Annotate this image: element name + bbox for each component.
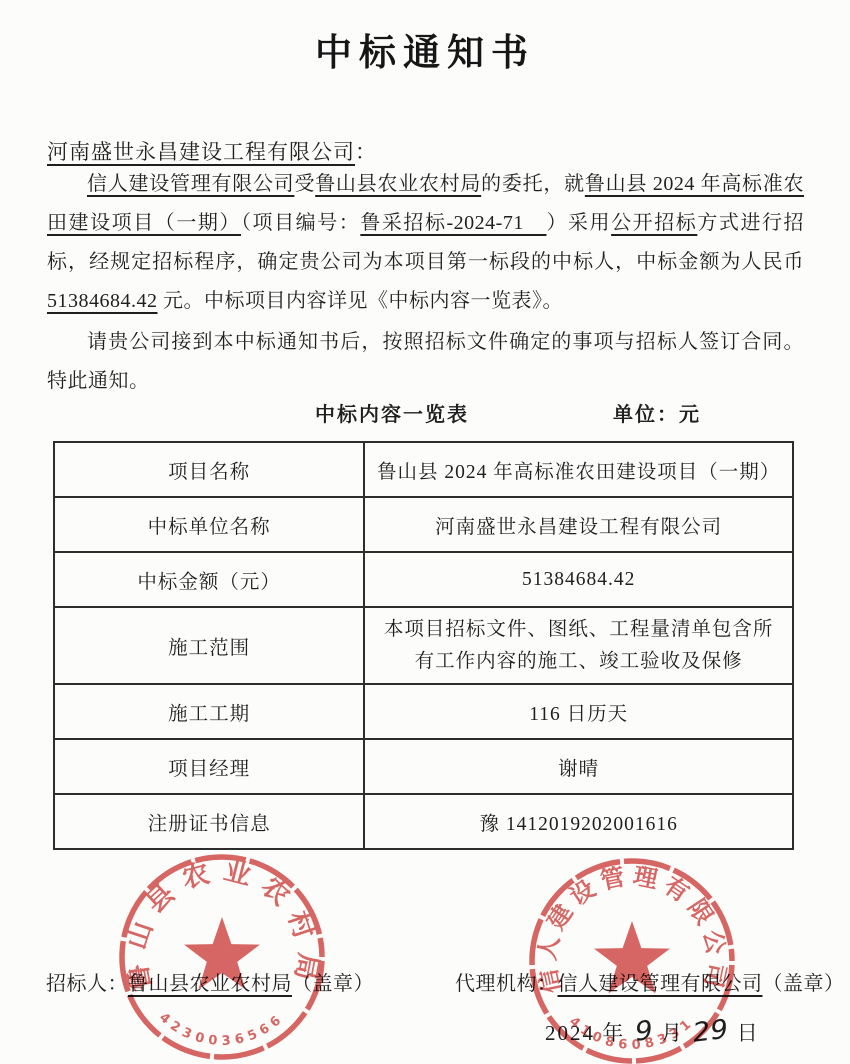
award-content-table: 项目名称 鲁山县 2024 年高标准农田建设项目（一期） 中标单位名称 河南盛世…	[53, 441, 794, 850]
seal-ring-notches	[122, 857, 322, 1057]
table-row: 施工范围 本项目招标文件、图纸、工程量清单包含所有工作内容的施工、竣工验收及保修	[54, 607, 793, 684]
table-body: 项目名称 鲁山县 2024 年高标准农田建设项目（一期） 中标单位名称 河南盛世…	[54, 442, 793, 849]
date-month-handwritten: 9	[633, 1015, 653, 1048]
date-line: 2024 年 9 月 29 日	[545, 1016, 760, 1047]
body-text-segment: （项目编号：	[241, 212, 360, 234]
agency-label: 代理机构：	[455, 973, 558, 995]
table-row-value: 本项目招标文件、图纸、工程量清单包含所有工作内容的施工、竣工验收及保修	[364, 607, 793, 684]
body-text-segment: 公开招标	[611, 212, 697, 234]
table-row-value: 豫 1412019202001616	[364, 794, 793, 849]
table-title: 中标内容一览表	[315, 398, 469, 427]
paragraph-1: 信人建设管理有限公司受鲁山县农业农村局的委托，就鲁山县 2024 年高标准农田建…	[47, 165, 804, 321]
table-row: 中标单位名称 河南盛世永昌建设工程有限公司	[54, 497, 793, 552]
table-row: 中标金额（元） 51384684.42	[54, 552, 793, 607]
table-row-value: 116 日历天	[364, 684, 793, 739]
seal-ring	[122, 857, 322, 1057]
table-row-label: 施工工期	[54, 684, 364, 739]
body-text-segment: 鲁山县农业农村局	[315, 173, 481, 195]
table-row: 注册证书信息 豫 1412019202001616	[54, 794, 793, 849]
date-day-handwritten: 29	[691, 1014, 729, 1049]
date-year-suffix: 年	[602, 1021, 625, 1045]
tenderer-name: 鲁山县农业农村局	[128, 973, 292, 995]
table-row: 项目经理 谢晴	[54, 739, 793, 794]
tenderer-seal-note: （盖章）	[292, 973, 374, 995]
table-row-label: 中标金额（元）	[54, 552, 364, 607]
recipient-colon: ：	[355, 140, 377, 164]
seal-graphic: 鲁山县农业农村局 4230036566	[117, 852, 327, 1062]
tenderer-line: 招标人：鲁山县农业农村局（盖章）	[46, 967, 374, 996]
body-text-segment: 鲁采招标-2024-71	[360, 212, 546, 234]
table-row-value: 河南盛世永昌建设工程有限公司	[364, 497, 793, 552]
body-text-segment: 51384684.42	[47, 290, 158, 312]
body-text-segment: 元。中标项目内容详见《中标内容一览表》。	[158, 290, 564, 312]
body-text-segment: ）采用	[546, 212, 611, 234]
table-row-label: 施工范围	[54, 607, 364, 684]
agency-line: 代理机构：信人建设管理有限公司（盖章）	[455, 967, 845, 996]
table-row-value: 51384684.42	[364, 552, 793, 607]
table-row-label: 注册证书信息	[54, 794, 364, 849]
table-row-value: 鲁山县 2024 年高标准农田建设项目（一期）	[364, 442, 793, 497]
document-title: 中标通知书	[0, 22, 850, 76]
table-row: 项目名称 鲁山县 2024 年高标准农田建设项目（一期）	[54, 442, 793, 497]
table-header: 中标内容一览表 单位：元	[53, 398, 794, 428]
notice-document-page: 中标通知书 河南盛世永昌建设工程有限公司： 信人建设管理有限公司受鲁山县农业农村…	[0, 0, 850, 1064]
date-day-suffix: 日	[737, 1021, 760, 1045]
table-unit-label: 单位：元	[613, 398, 701, 427]
table-row: 施工工期 116 日历天	[54, 684, 793, 739]
table-row-label: 项目经理	[54, 739, 364, 794]
table-row-value: 谢晴	[364, 739, 793, 794]
seal-code-text: 4230036566	[156, 1010, 288, 1049]
agency-seal-note: （盖章）	[763, 973, 845, 995]
recipient-company-name: 河南盛世永昌建设工程有限公司	[47, 140, 355, 164]
paragraph-2: 请贵公司接到本中标通知书后，按照招标文件确定的事项与招标人签订合同。特此通知。	[47, 323, 804, 401]
recipient-line: 河南盛世永昌建设工程有限公司：	[47, 136, 377, 166]
body-text-segment: 受	[294, 173, 315, 195]
table-row-label: 中标单位名称	[54, 497, 364, 552]
body-text-segment: 信人建设管理有限公司	[87, 173, 294, 195]
official-seal-tenderer: 鲁山县农业农村局 4230036566	[117, 852, 327, 1062]
agency-name: 信人建设管理有限公司	[558, 973, 763, 995]
date-month-suffix: 月	[661, 1021, 684, 1045]
tenderer-label: 招标人：	[46, 973, 128, 995]
body-text-segment: 的委托，就	[481, 173, 585, 195]
table-row-label: 项目名称	[54, 442, 364, 497]
date-year: 2024	[545, 1021, 595, 1045]
